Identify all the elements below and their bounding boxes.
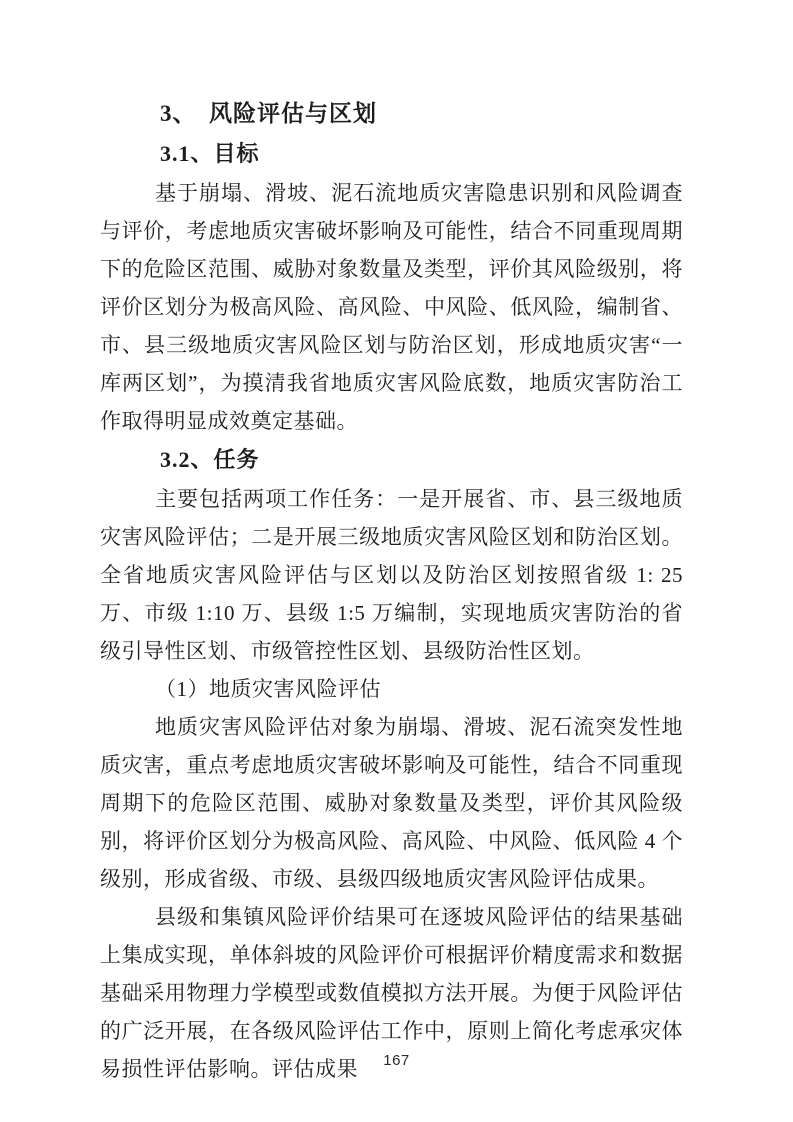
page-footer: 167 bbox=[0, 1052, 793, 1070]
item-heading-risk-assessment: （1）地质灾害风险评估 bbox=[100, 670, 683, 708]
paragraph-goal: 基于崩塌、滑坡、泥石流地质灾害隐患识别和风险调查与评价，考虑地质灾害破坏影响及可… bbox=[100, 174, 683, 440]
document-page: 3、 风险评估与区划 3.1、目标 基于崩塌、滑坡、泥石流地质灾害隐患识别和风险… bbox=[0, 0, 793, 1122]
page-number: 167 bbox=[383, 1052, 410, 1069]
chapter-heading: 3、 风险评估与区划 bbox=[100, 94, 683, 134]
section-heading-task: 3.2、任务 bbox=[100, 440, 683, 480]
paragraph-task: 主要包括两项工作任务：一是开展省、市、县三级地质灾害风险评估；二是开展三级地质灾… bbox=[100, 480, 683, 670]
page-content: 3、 风险评估与区划 3.1、目标 基于崩塌、滑坡、泥石流地质灾害隐患识别和风险… bbox=[100, 94, 683, 1088]
paragraph-risk-assessment-1: 地质灾害风险评估对象为崩塌、滑坡、泥石流突发性地质灾害，重点考虑地质灾害破坏影响… bbox=[100, 708, 683, 898]
section-heading-goal: 3.1、目标 bbox=[100, 134, 683, 174]
